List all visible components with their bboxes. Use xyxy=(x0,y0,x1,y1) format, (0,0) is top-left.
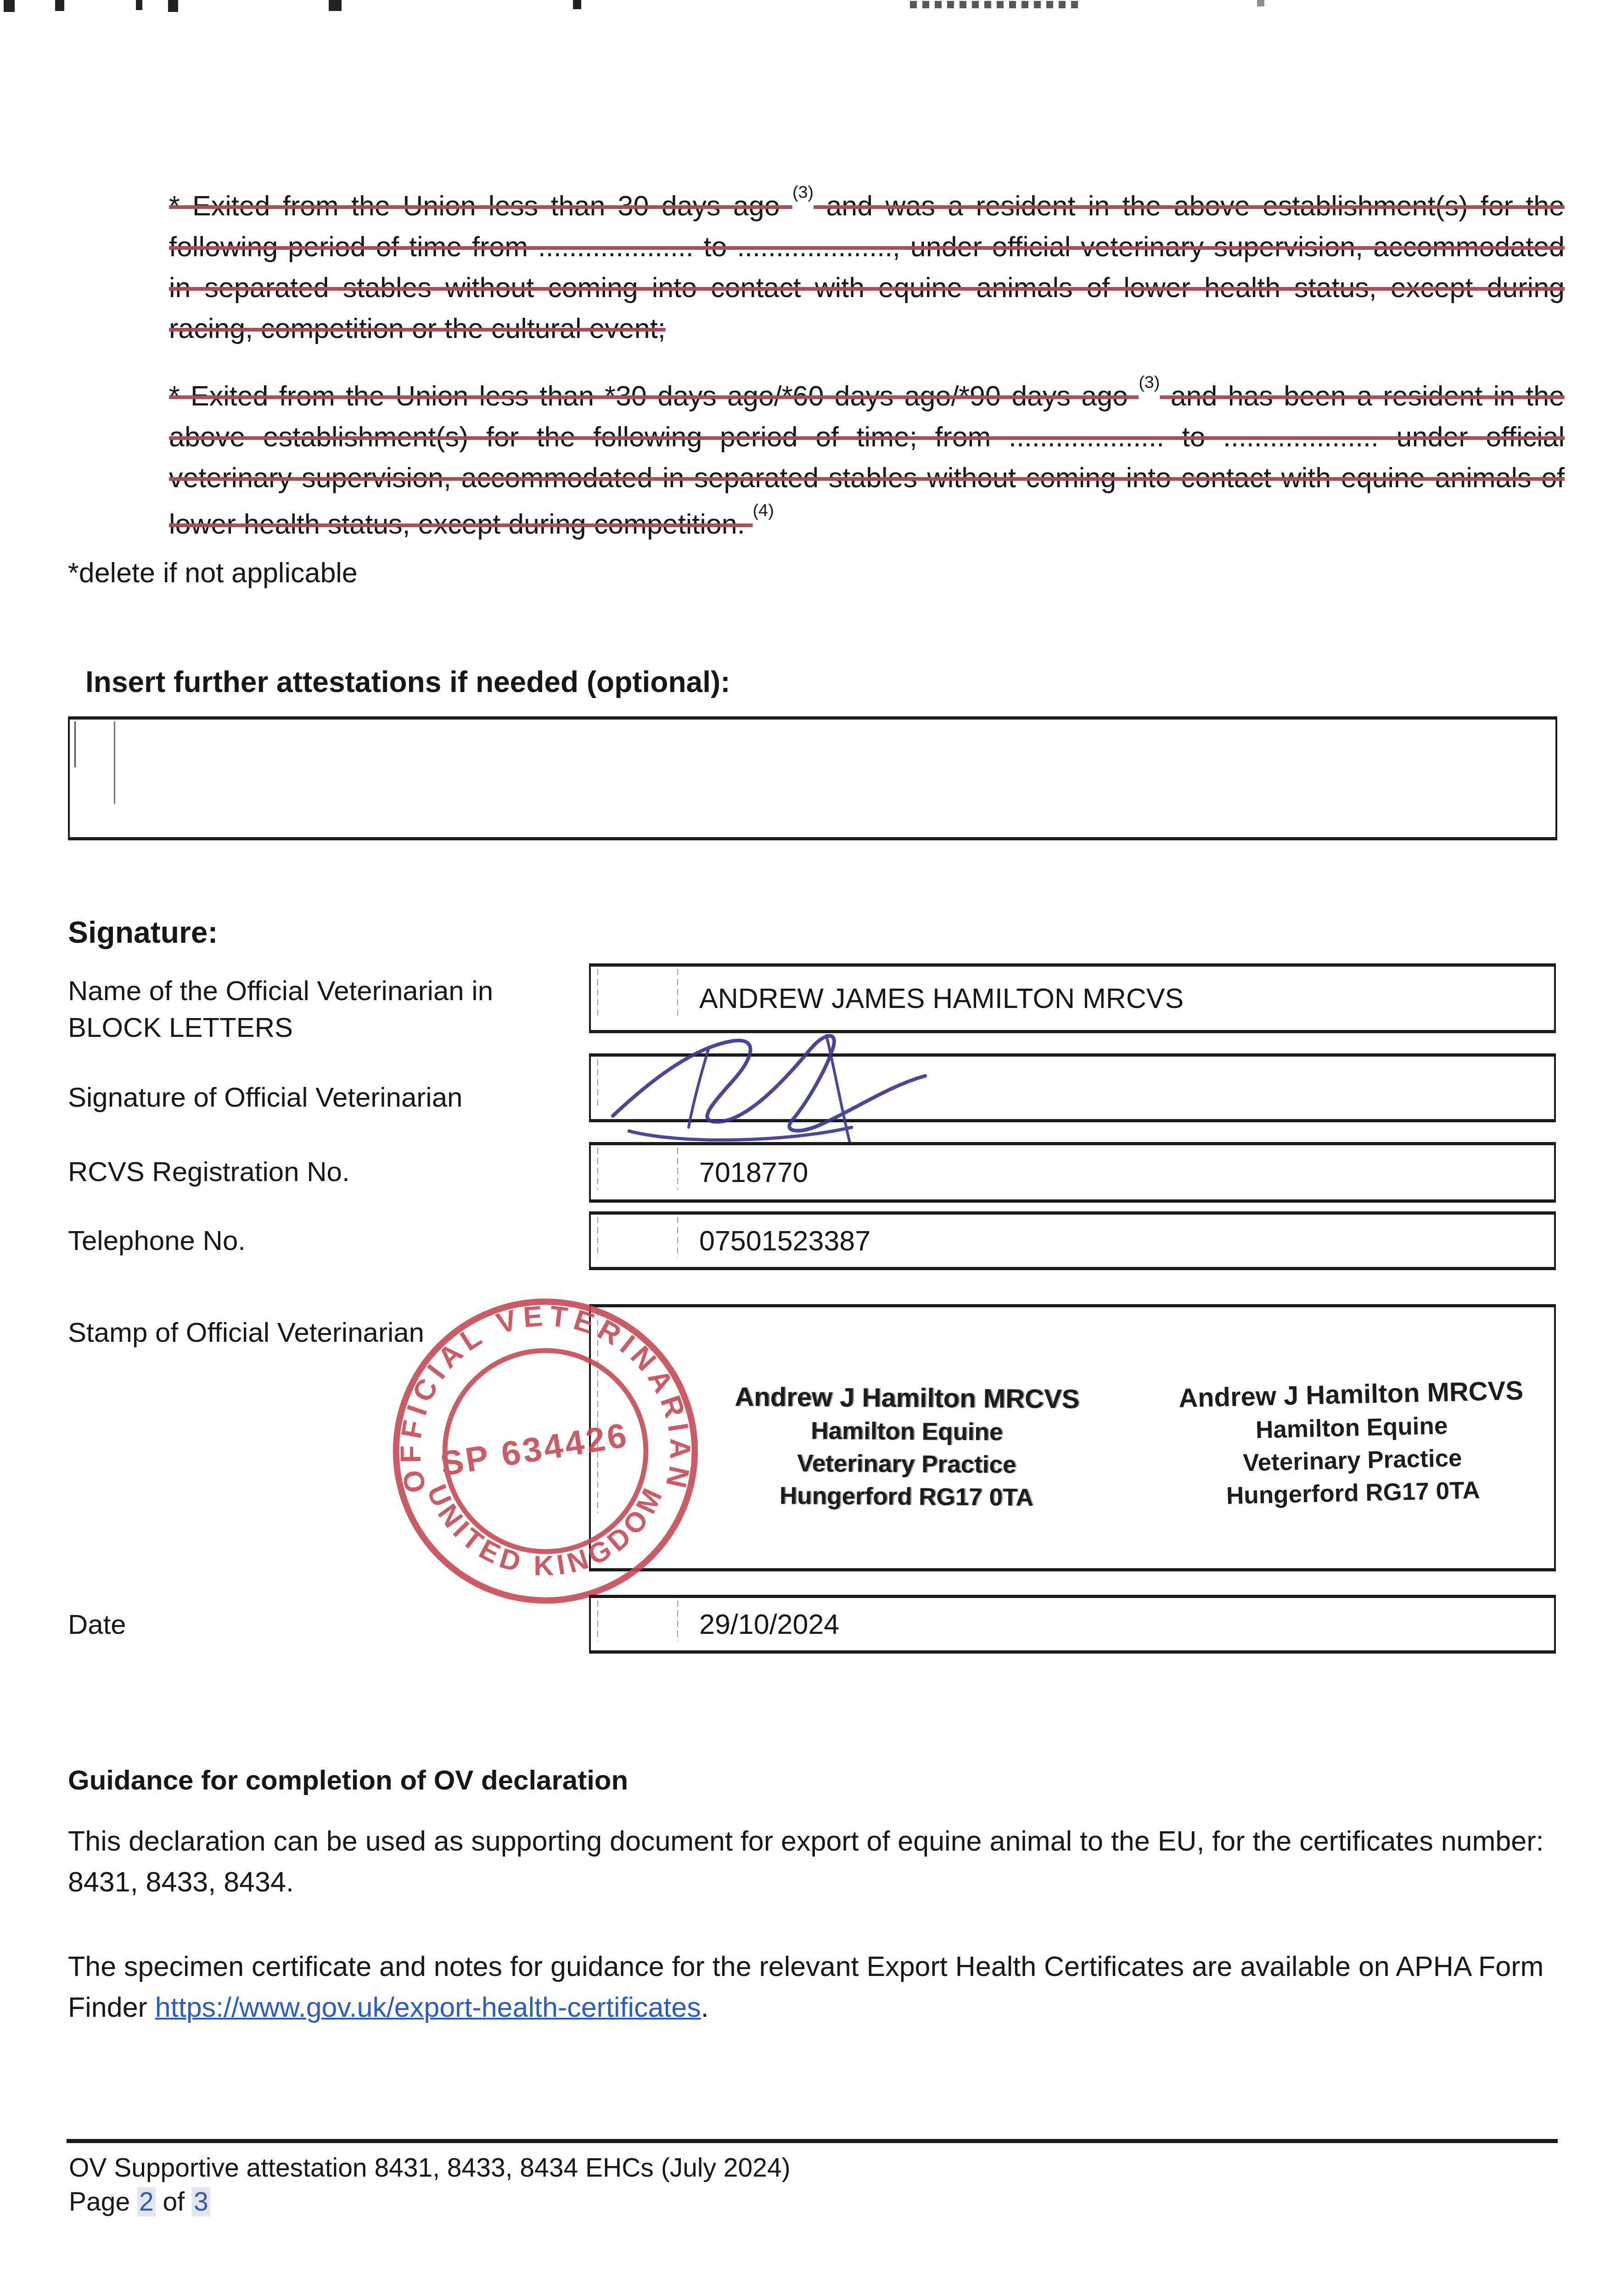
stamp-arc-bottom-text: UNITED KINGDOM xyxy=(421,1480,670,1581)
signature-scrawl xyxy=(595,1022,980,1157)
signature-label: Signature of Official Veterinarian xyxy=(68,1079,462,1116)
page-prefix: Page xyxy=(69,2187,137,2217)
scan-artifact xyxy=(168,0,178,12)
address-stamp-practice2: Veterinary Practice xyxy=(698,1446,1116,1482)
scan-artifact xyxy=(4,0,15,12)
address-stamp-right: Andrew J Hamilton MRCVS Hamilton Equine … xyxy=(1126,1373,1578,1514)
scan-artifact xyxy=(910,1,1081,8)
name-label-line2: BLOCK LETTERS xyxy=(68,1012,293,1043)
telephone-field-box: 07501523387 xyxy=(589,1211,1556,1270)
scan-artifact xyxy=(597,1600,598,1641)
scan-artifact xyxy=(573,0,581,9)
rcvs-value: 7018770 xyxy=(591,1156,808,1188)
stamp-label: Stamp of Official Veterinarian xyxy=(68,1314,424,1351)
page-total-number: 3 xyxy=(192,2187,210,2217)
address-stamp-name: Andrew J Hamilton MRCVS xyxy=(698,1380,1116,1417)
guidance-heading: Guidance for completion of OV declaratio… xyxy=(68,1764,628,1796)
scan-artifact xyxy=(677,969,678,1019)
telephone-value: 07501523387 xyxy=(591,1225,870,1257)
signature-section-heading: Signature: xyxy=(68,915,218,950)
scan-artifact xyxy=(597,1148,598,1190)
date-value: 29/10/2024 xyxy=(591,1608,839,1640)
struck-text: * Exited from the Union less than *30 da… xyxy=(169,380,1139,411)
telephone-label: Telephone No. xyxy=(68,1222,246,1259)
struck-attestation-paragraph-2: * Exited from the Union less than *30 da… xyxy=(169,370,1565,545)
scan-artifact xyxy=(74,721,76,767)
guidance-paragraph-2-period: . xyxy=(701,1992,709,2023)
address-stamp-town: Hungerford RG17 0TA xyxy=(697,1479,1115,1514)
footer-divider xyxy=(67,2139,1558,2143)
svg-text:UNITED KINGDOM: UNITED KINGDOM xyxy=(421,1480,670,1581)
scan-artifact xyxy=(677,1148,678,1190)
rcvs-field-box: 7018770 xyxy=(589,1142,1556,1203)
footnote-marker-3: (3) xyxy=(1139,373,1160,392)
scan-artifact xyxy=(55,0,64,11)
footer-page-number: Page 2 of 3 xyxy=(69,2185,210,2219)
scan-artifact xyxy=(597,969,598,1019)
insert-attestations-heading: Insert further attestations if needed (o… xyxy=(85,665,730,699)
guidance-paragraph-1: This declaration can be used as supporti… xyxy=(68,1821,1555,1902)
scan-artifact xyxy=(114,721,115,804)
scan-artifact xyxy=(329,0,342,11)
guidance-paragraph-2: The specimen certificate and notes for g… xyxy=(68,1946,1555,2028)
scan-artifact xyxy=(677,1600,678,1641)
date-field-box: 29/10/2024 xyxy=(589,1595,1556,1654)
footnote-marker-3: (3) xyxy=(792,183,814,202)
page-connector: of xyxy=(156,2187,192,2217)
struck-attestation-paragraph-1: * Exited from the Union less than 30 day… xyxy=(169,180,1565,349)
address-stamp-practice: Hamilton Equine xyxy=(698,1414,1116,1449)
official-veterinarian-round-stamp: OFFICIAL VETERINARIAN UNITED KINGDOM SP … xyxy=(387,1293,704,1609)
rcvs-label: RCVS Registration No. xyxy=(68,1154,350,1190)
name-label: Name of the Official Veterinarian inBLOC… xyxy=(68,973,493,1046)
page-current-number: 2 xyxy=(137,2187,156,2217)
scanned-document-page: * Exited from the Union less than 30 day… xyxy=(0,0,1622,2296)
footnote-marker-4: (4) xyxy=(753,501,774,520)
scan-artifact xyxy=(677,1217,678,1258)
struck-text: * Exited from the Union less than 30 day… xyxy=(169,190,792,221)
address-stamp-left: Andrew J Hamilton MRCVS Hamilton Equine … xyxy=(697,1380,1116,1514)
further-attestations-box xyxy=(68,716,1557,840)
stamp-center-number: SP 634426 xyxy=(438,1415,631,1483)
name-label-line1: Name of the Official Veterinarian in xyxy=(68,975,493,1006)
scan-artifact xyxy=(597,1217,598,1258)
scan-artifact xyxy=(136,0,142,10)
name-value: ANDREW JAMES HAMILTON MRCVS xyxy=(591,982,1184,1014)
footer-document-reference: OV Supportive attestation 8431, 8433, 84… xyxy=(69,2151,791,2185)
export-health-certificates-link[interactable]: https://www.gov.uk/export-health-certifi… xyxy=(155,1992,701,2023)
scan-artifact xyxy=(1257,0,1264,6)
date-label: Date xyxy=(68,1606,126,1643)
delete-if-not-applicable-note: *delete if not applicable xyxy=(68,557,358,589)
